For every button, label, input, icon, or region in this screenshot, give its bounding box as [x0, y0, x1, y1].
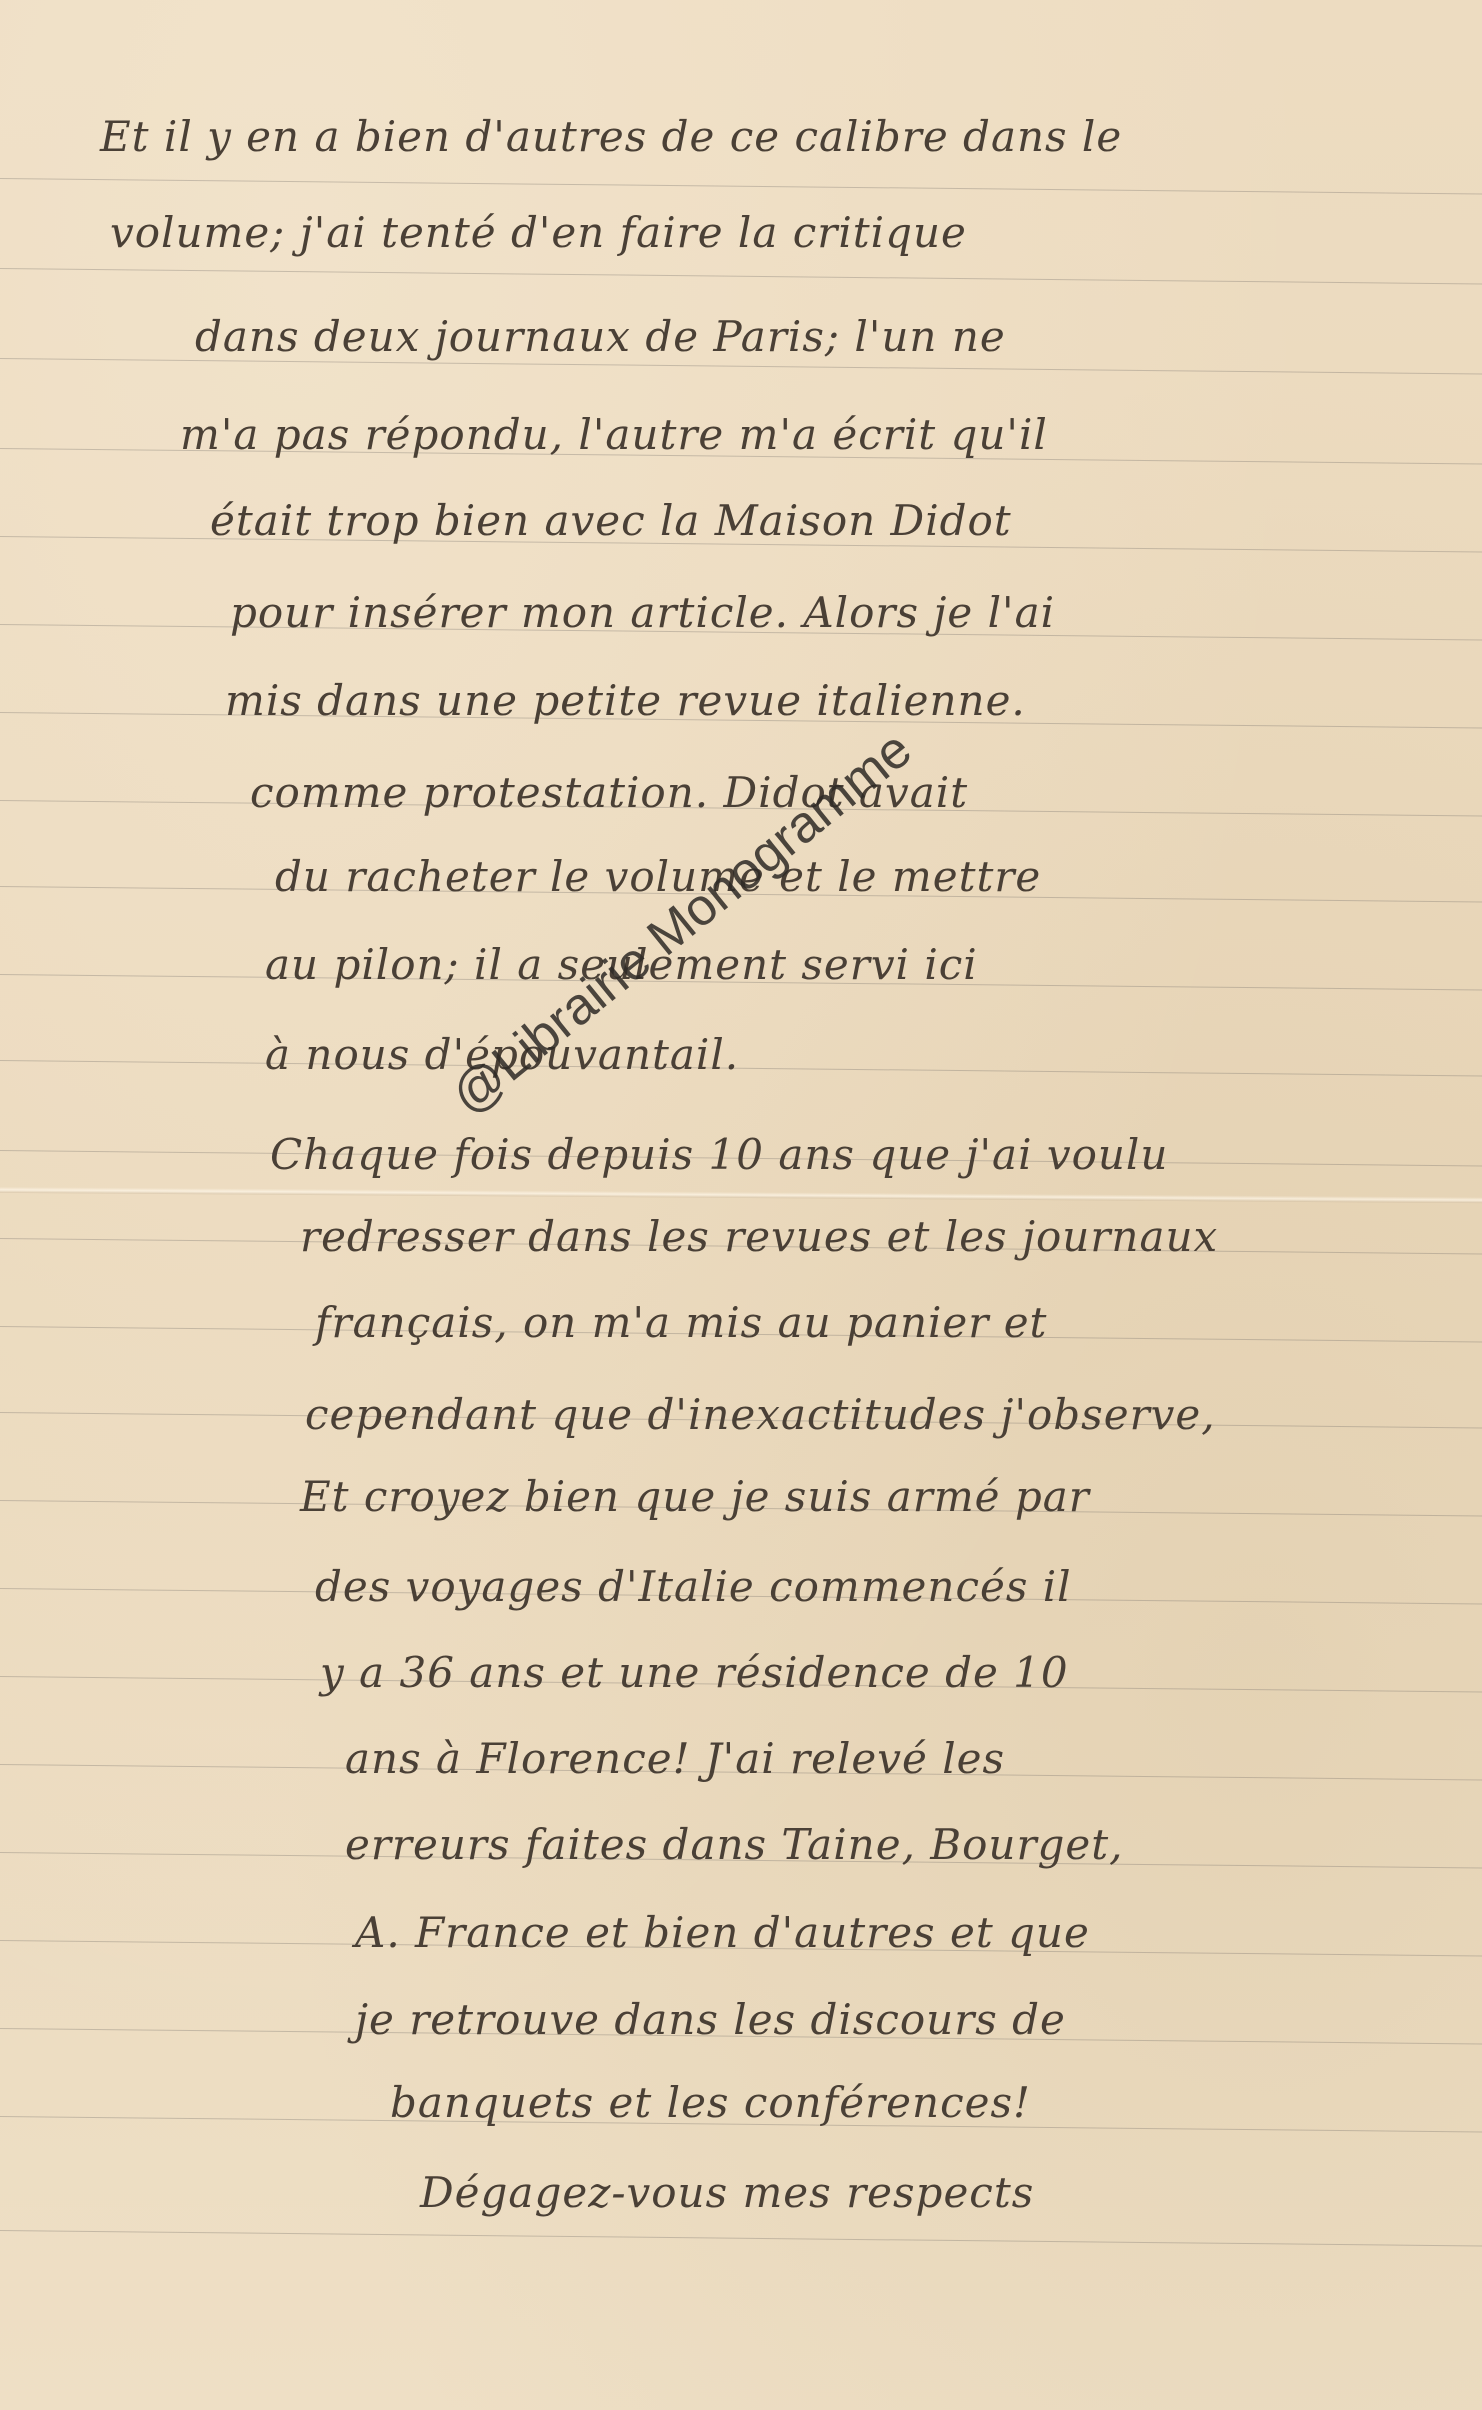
rule-line [0, 178, 1482, 195]
ruled-lines [0, 0, 1482, 2410]
letter-line: des voyages d'Italie commencés il [315, 1562, 1072, 1611]
letter-line: banquets et les conférences! [390, 2078, 1031, 2127]
letter-line: redresser dans les revues et les journau… [300, 1212, 1218, 1261]
letter-line: ans à Florence! J'ai relevé les [345, 1734, 1005, 1783]
letter-line: A. France et bien d'autres et que [355, 1908, 1090, 1957]
letter-line: Et il y en a bien d'autres de ce calibre… [100, 112, 1122, 161]
letter-line: Et croyez bien que je suis armé par [300, 1472, 1090, 1521]
letter-line: Chaque fois depuis 10 ans que j'ai voulu [270, 1130, 1168, 1179]
letter-line: y a 36 ans et une résidence de 10 [320, 1648, 1069, 1697]
letter-page: Et il y en a bien d'autres de ce calibre… [0, 0, 1482, 2410]
paper-fold [0, 1187, 1482, 1203]
letter-line: erreurs faites dans Taine, Bourget, [345, 1820, 1124, 1869]
rule-line [0, 2230, 1482, 2247]
letter-line: était trop bien avec la Maison Didot [210, 496, 1012, 545]
letter-line: cependant que d'inexactitudes j'observe, [305, 1390, 1216, 1439]
letter-line: mis dans une petite revue italienne. [225, 676, 1026, 725]
letter-line: dans deux journaux de Paris; l'un ne [195, 312, 1006, 361]
letter-line: m'a pas répondu, l'autre m'a écrit qu'il [180, 410, 1048, 459]
letter-line: je retrouve dans les discours de [355, 1995, 1066, 2044]
letter-line: français, on m'a mis au panier et [315, 1298, 1047, 1347]
closing-line: Dégagez-vous mes respects [420, 2168, 1034, 2217]
letter-line: pour insérer mon article. Alors je l'ai [230, 588, 1055, 637]
rule-line [0, 268, 1482, 285]
letter-line: volume; j'ai tenté d'en faire la critiqu… [110, 208, 967, 257]
letter-line: du racheter le volume et le mettre [275, 852, 1041, 901]
rule-line [0, 1060, 1482, 1077]
